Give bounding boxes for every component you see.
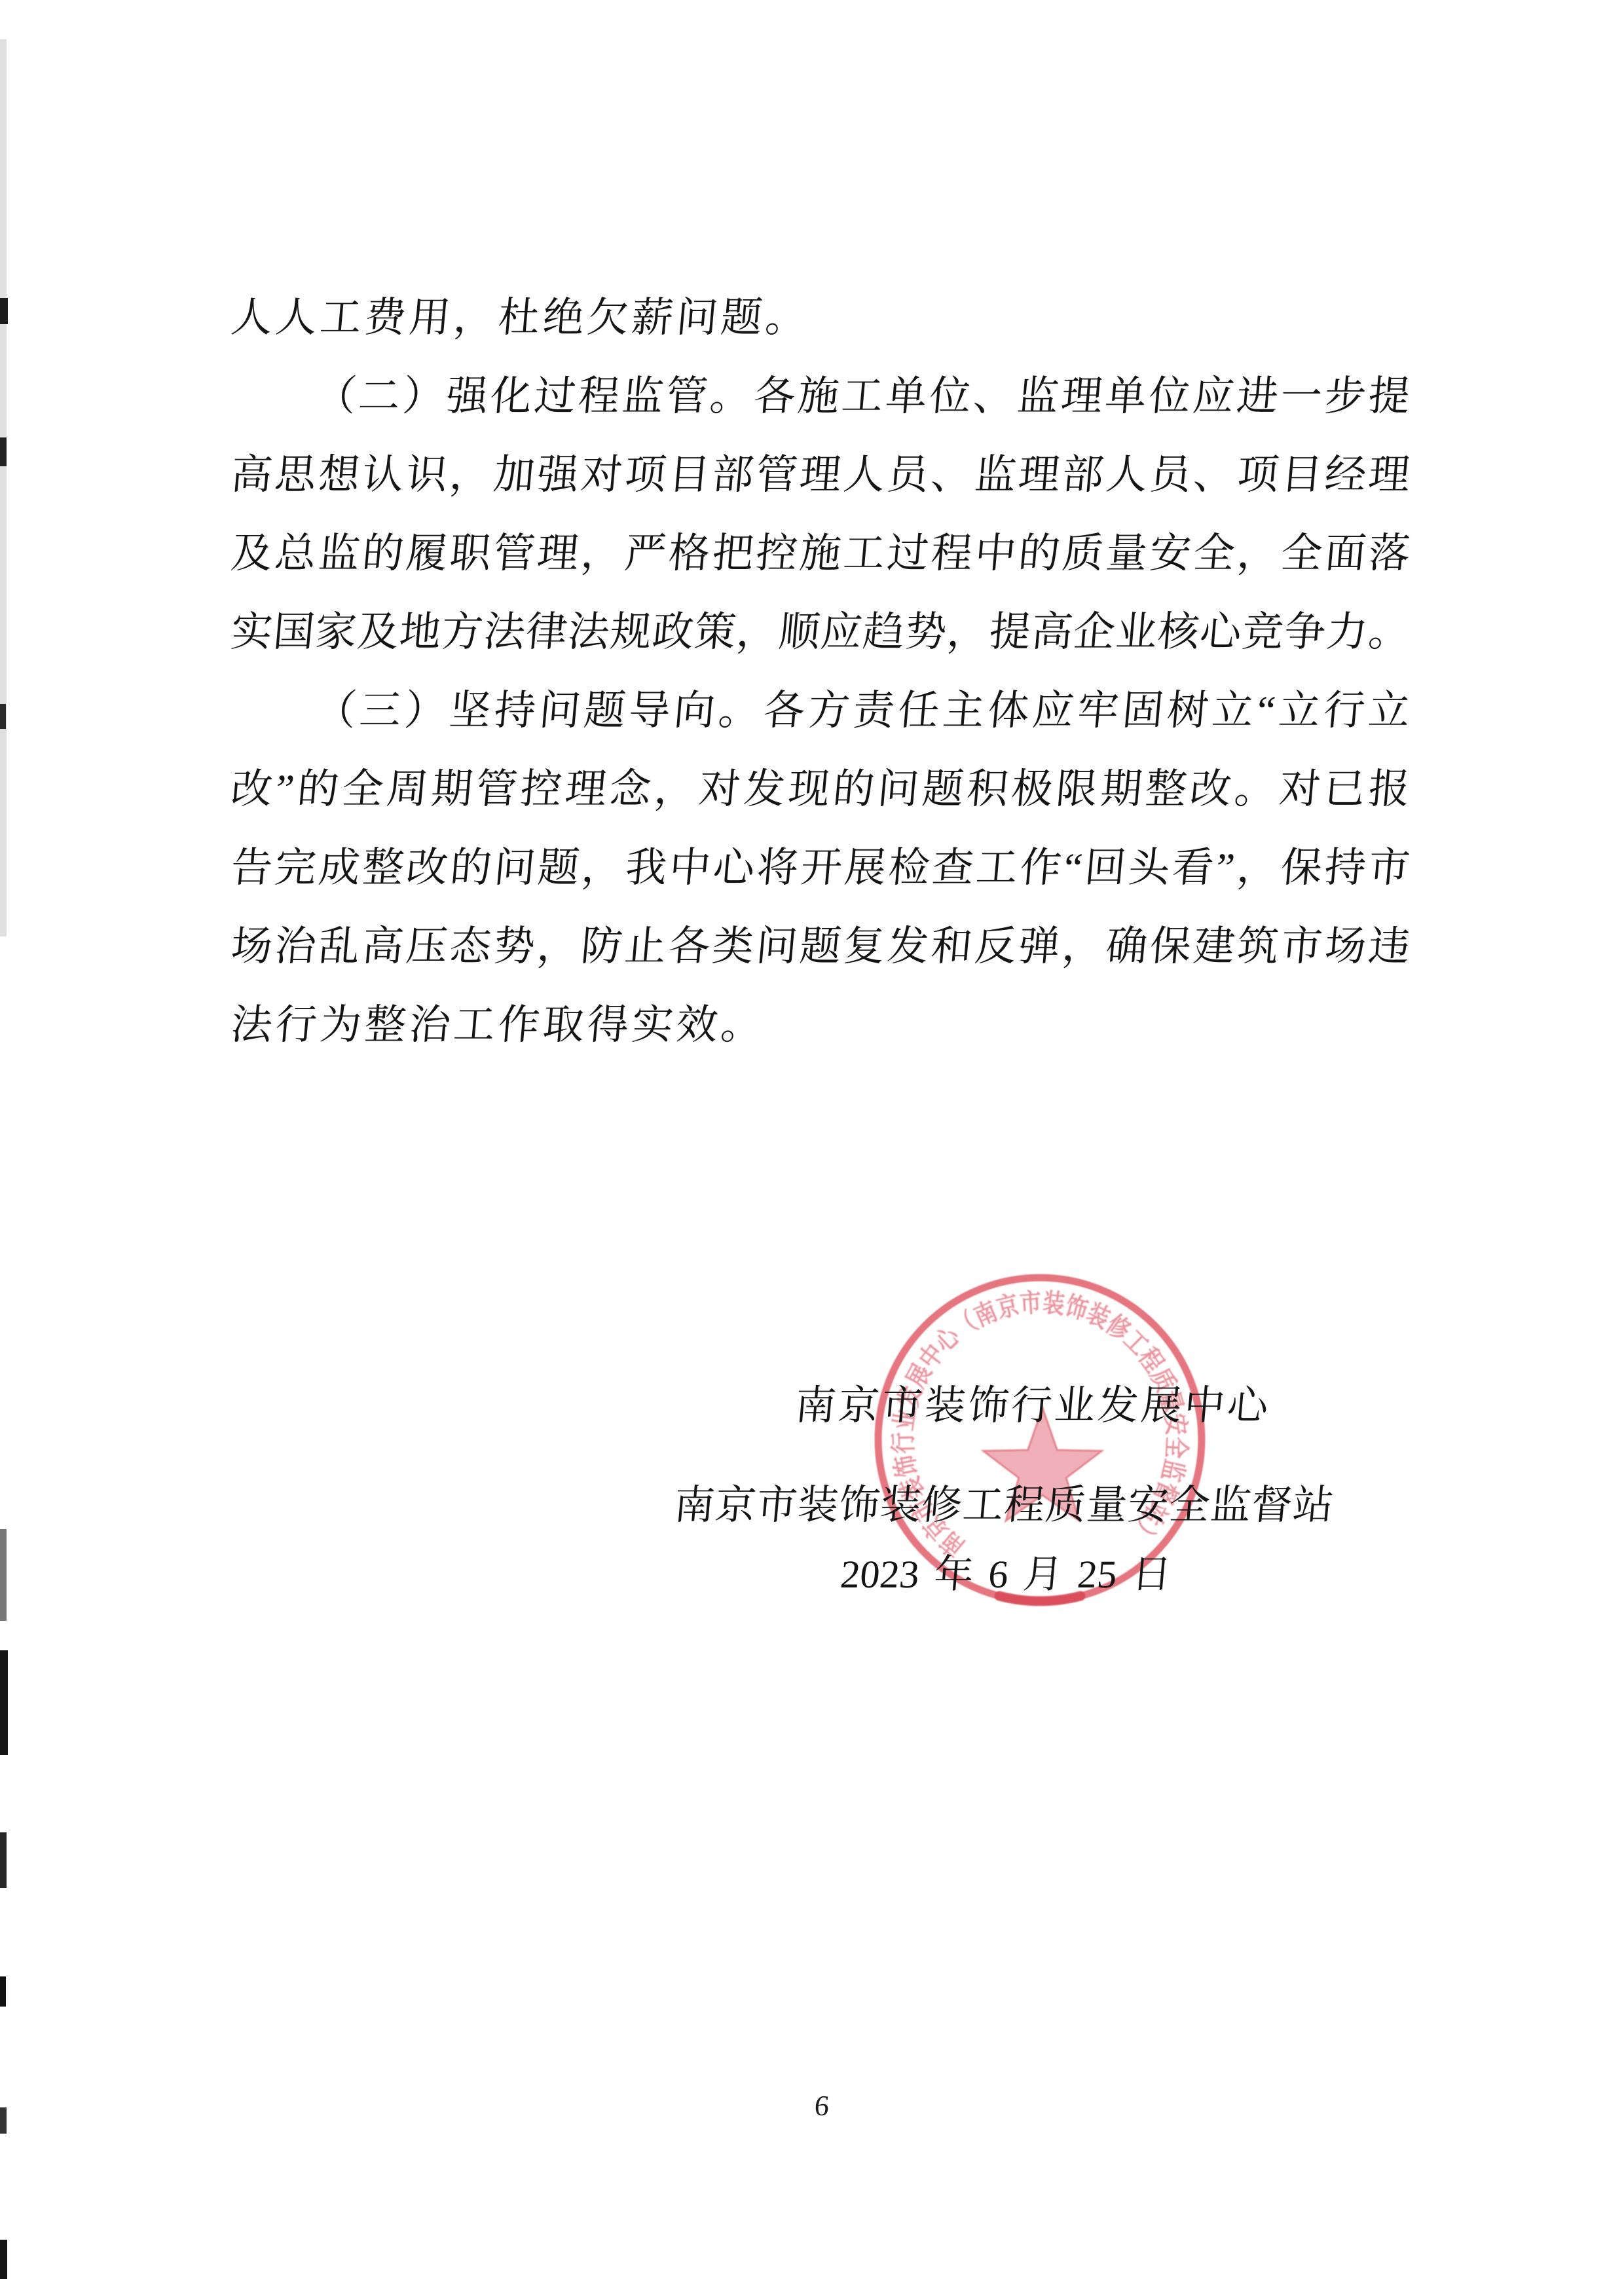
scan-artifact [0, 2240, 7, 2279]
scan-artifact [0, 704, 6, 729]
signature-org-line2: 南京市装饰装修工程质量安全监督站 [672, 1472, 1337, 1530]
scan-artifact [0, 1976, 6, 2007]
body-line: 告完成整改的问题，我中心将开展检查工作“回头看”，保持市 [227, 836, 1412, 914]
signature-org-line1: 南京市装饰行业发展中心 [793, 1373, 1274, 1431]
scan-artifact [0, 298, 8, 324]
scan-artifact [0, 2107, 7, 2134]
signature-date: 2023 年 6 月 25 日 [838, 1543, 1174, 1599]
page-number: 6 [813, 2089, 830, 2122]
body-line: 人人工费用，杜绝欠薪问题。 [227, 286, 1412, 364]
scan-artifact [0, 39, 7, 936]
scan-artifact [0, 437, 7, 466]
body-text: 人人工费用，杜绝欠薪问题。（二）强化过程监管。各施工单位、监理单位应进一步提高思… [231, 286, 1409, 1071]
body-line: 实国家及地方法律法规政策，顺应趋势，提高企业核心竞争力。 [227, 600, 1412, 678]
body-line: 改”的全周期管控理念，对发现的问题积极限期整改。对已报 [227, 757, 1412, 836]
scan-artifact [0, 1529, 7, 1621]
body-line: 及总监的履职管理，严格把控施工过程中的质量安全，全面落 [227, 521, 1412, 600]
document-page: 南京市装饰行业发展中心（南京市装饰装修工程质量安全监督站） 人人工费用，杜绝欠薪… [0, 0, 1624, 2279]
scan-artifact [0, 1650, 8, 1755]
body-line: （三）坚持问题导向。各方责任主体应牢固树立“立行立 [227, 678, 1412, 757]
body-line: 法行为整治工作取得实效。 [227, 993, 1412, 1071]
body-line: 场治乱高压态势，防止各类问题复发和反弹，确保建筑市场违 [227, 914, 1412, 993]
body-line: （二）强化过程监管。各施工单位、监理单位应进一步提 [227, 364, 1412, 443]
body-line: 高思想认识，加强对项目部管理人员、监理部人员、项目经理 [227, 443, 1412, 521]
scan-artifact [0, 1832, 7, 1888]
